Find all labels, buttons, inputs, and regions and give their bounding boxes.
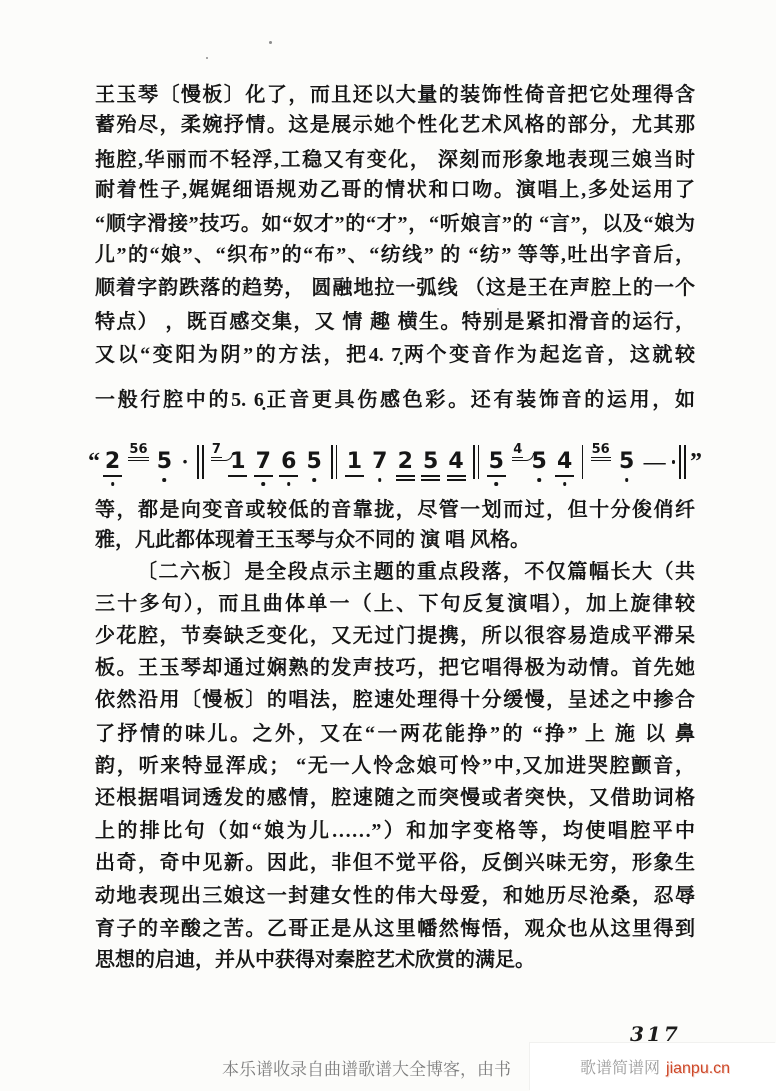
scan-speck (497, 308, 499, 310)
text-line-20: 还根据唱词透发的感情，腔速随之而突慢或者突快，又借助词格 (95, 786, 695, 812)
notation-note-1: 1 (229, 449, 246, 475)
watermark-box: 歌谱简谱网jianpu.cn (530, 1043, 776, 1091)
scan-speck (658, 903, 660, 905)
text-line-18: 了抒情的味儿。之外，又在“一两花能挣”的 “挣” 上 施 以 鼻 (95, 722, 695, 748)
text-line-17: 依然沿用〔慢板〕的唱法，腔速处理得十分缓慢，呈述之中掺合 (95, 688, 695, 714)
notation-tokens: 2565·71765172545454565— (104, 436, 686, 488)
notation-grace-56: 56 (129, 442, 147, 457)
notation-note-5: 5 (306, 449, 323, 475)
watermark-site-url: jianpu.cn (666, 1060, 730, 1077)
text-line-2: 蓄殆尽，柔婉抒情。这是展示她个性化艺术风格的部分，尤其那 (95, 113, 695, 139)
text-line-24: 育子的辛酸之苦。乙哥正是从这里幡然悔悟，观众也从这里得到 (95, 917, 695, 943)
notation-note-6: 6 (280, 449, 297, 475)
notation-note-2: 2 (397, 449, 414, 475)
watermark-site-name: 歌谱简谱网 (580, 1060, 660, 1077)
notation-barline-single (582, 445, 584, 479)
notation-note-5: 5 (488, 449, 505, 475)
text-line-10: 一般行腔中的5. 6̣正音更具伤感色彩。还有装饰音的运用，如 (95, 388, 695, 414)
text-line-16: 板。王玉琴却通过娴熟的发声技巧，把它唱得极为动情。首先她 (95, 656, 695, 682)
notation-barline-double (331, 445, 337, 479)
scan-speck (206, 57, 208, 59)
text-line-7: 顺着字韵跌落的趋势， 圆融地拉一弧线 （这是王在声腔上的一个 (95, 276, 695, 302)
notation-grace-56: 56 (592, 442, 610, 457)
text-line-3: 拖腔,华丽而不轻浮,工稳又有变化， 深刻而形象地表现三娘当时 (95, 148, 695, 174)
notation-note-2: 2 (104, 449, 121, 475)
notation-note-7: 7 (371, 449, 388, 475)
text-line-22: 出奇，奇中见新。因此，非但不觉平俗，反倒兴味无穷，形象生 (95, 851, 695, 877)
notation-note-5: 5 (156, 449, 173, 475)
text-line-6: 儿”的“娘”、“织布”的“布”、“纺线” 的 “纺” 等等,吐出字音后， (95, 243, 695, 269)
text-line-12: 雅，凡此都体现着王玉琴与众不同的 演 唱 风格。 (95, 528, 695, 554)
text-line-5: “顺字滑接”技巧。如“奴才”的“才”，“听娘言”的 “言”，以及“娘为 (95, 212, 695, 238)
notation-open-quote: “ (88, 449, 100, 476)
notation-barline-final (672, 445, 686, 479)
text-line-13: 〔二六板〕是全段点示主题的重点段落，不仅篇幅长大（共 (95, 560, 695, 586)
text-line-19: 韵，听来特显浑成； “无一人怜念娘可怜”中,又加进哭腔颤音， (95, 754, 695, 780)
notation-grace-7: 7 (212, 442, 221, 457)
text-line-11: 等，都是向变音或较低的音靠拢，尽管一划而过，但十分俊俏纤 (95, 498, 695, 524)
text-line-21: 上的排比句（如“娘为儿……”）和加字变格等，均使唱腔平中 (95, 819, 695, 845)
notation-grace-4: 4 (513, 442, 522, 457)
notation-barline-double (473, 445, 479, 479)
notation-note-4: 4 (448, 449, 465, 475)
notation-note-5: 5 (531, 449, 548, 475)
watermark-credit-line: 本乐谱收录自曲谱歌谱大全博客，由书 (222, 1055, 511, 1080)
notation-sustain-dash: — (644, 449, 664, 475)
notation-note-7: 7 (255, 449, 272, 475)
scanned-book-page: 王玉琴〔慢板〕化了，而且还以大量的装饰性倚音把它处理得含蓄殆尽，柔婉抒情。这是展… (0, 0, 776, 1091)
text-line-23: 动地表现出三娘这一封建女性的伟大母爱，和她历尽沧桑，忍辱 (95, 884, 695, 910)
notation-note-1: 1 (346, 449, 363, 475)
text-line-9: 又以“变阳为阴”的方法，把4. 7̣两个变音作为起迄音，这就较 (95, 343, 695, 369)
text-line-15: 少花腔，节奏缺乏变化，又无过门提携，所以很容易造成平滞呆 (95, 624, 695, 650)
jianpu-notation-line: “ 2565·71765172545454565— ” (88, 436, 702, 488)
notation-note-5: 5 (618, 449, 635, 475)
notation-note-5: 5 (422, 449, 439, 475)
notation-note-4: 4 (556, 449, 573, 475)
notation-augmentation-dot: · (181, 449, 188, 475)
notation-barline-double (197, 445, 203, 479)
text-line-8: 特点） ，既百感交集，又 情 趣 横生。特别是紧扣滑音的运行， (95, 310, 695, 336)
text-line-25: 思想的启迪，并从中获得对秦腔艺术欣赏的满足。 (95, 948, 695, 974)
watermark-site: 歌谱简谱网jianpu.cn (580, 1055, 730, 1078)
text-line-1: 王玉琴〔慢板〕化了，而且还以大量的装饰性倚音把它处理得含 (95, 83, 695, 109)
text-line-4: 耐着性子,娓娓细语规劝乙哥的情状和口吻。演唱上,多处运用了 (95, 178, 695, 204)
scan-speck (269, 41, 272, 44)
text-line-14: 三十多句），而且曲体单一（上、下句反复演唱），加上旋律较 (95, 592, 695, 618)
notation-close-quote: ” (690, 449, 702, 476)
